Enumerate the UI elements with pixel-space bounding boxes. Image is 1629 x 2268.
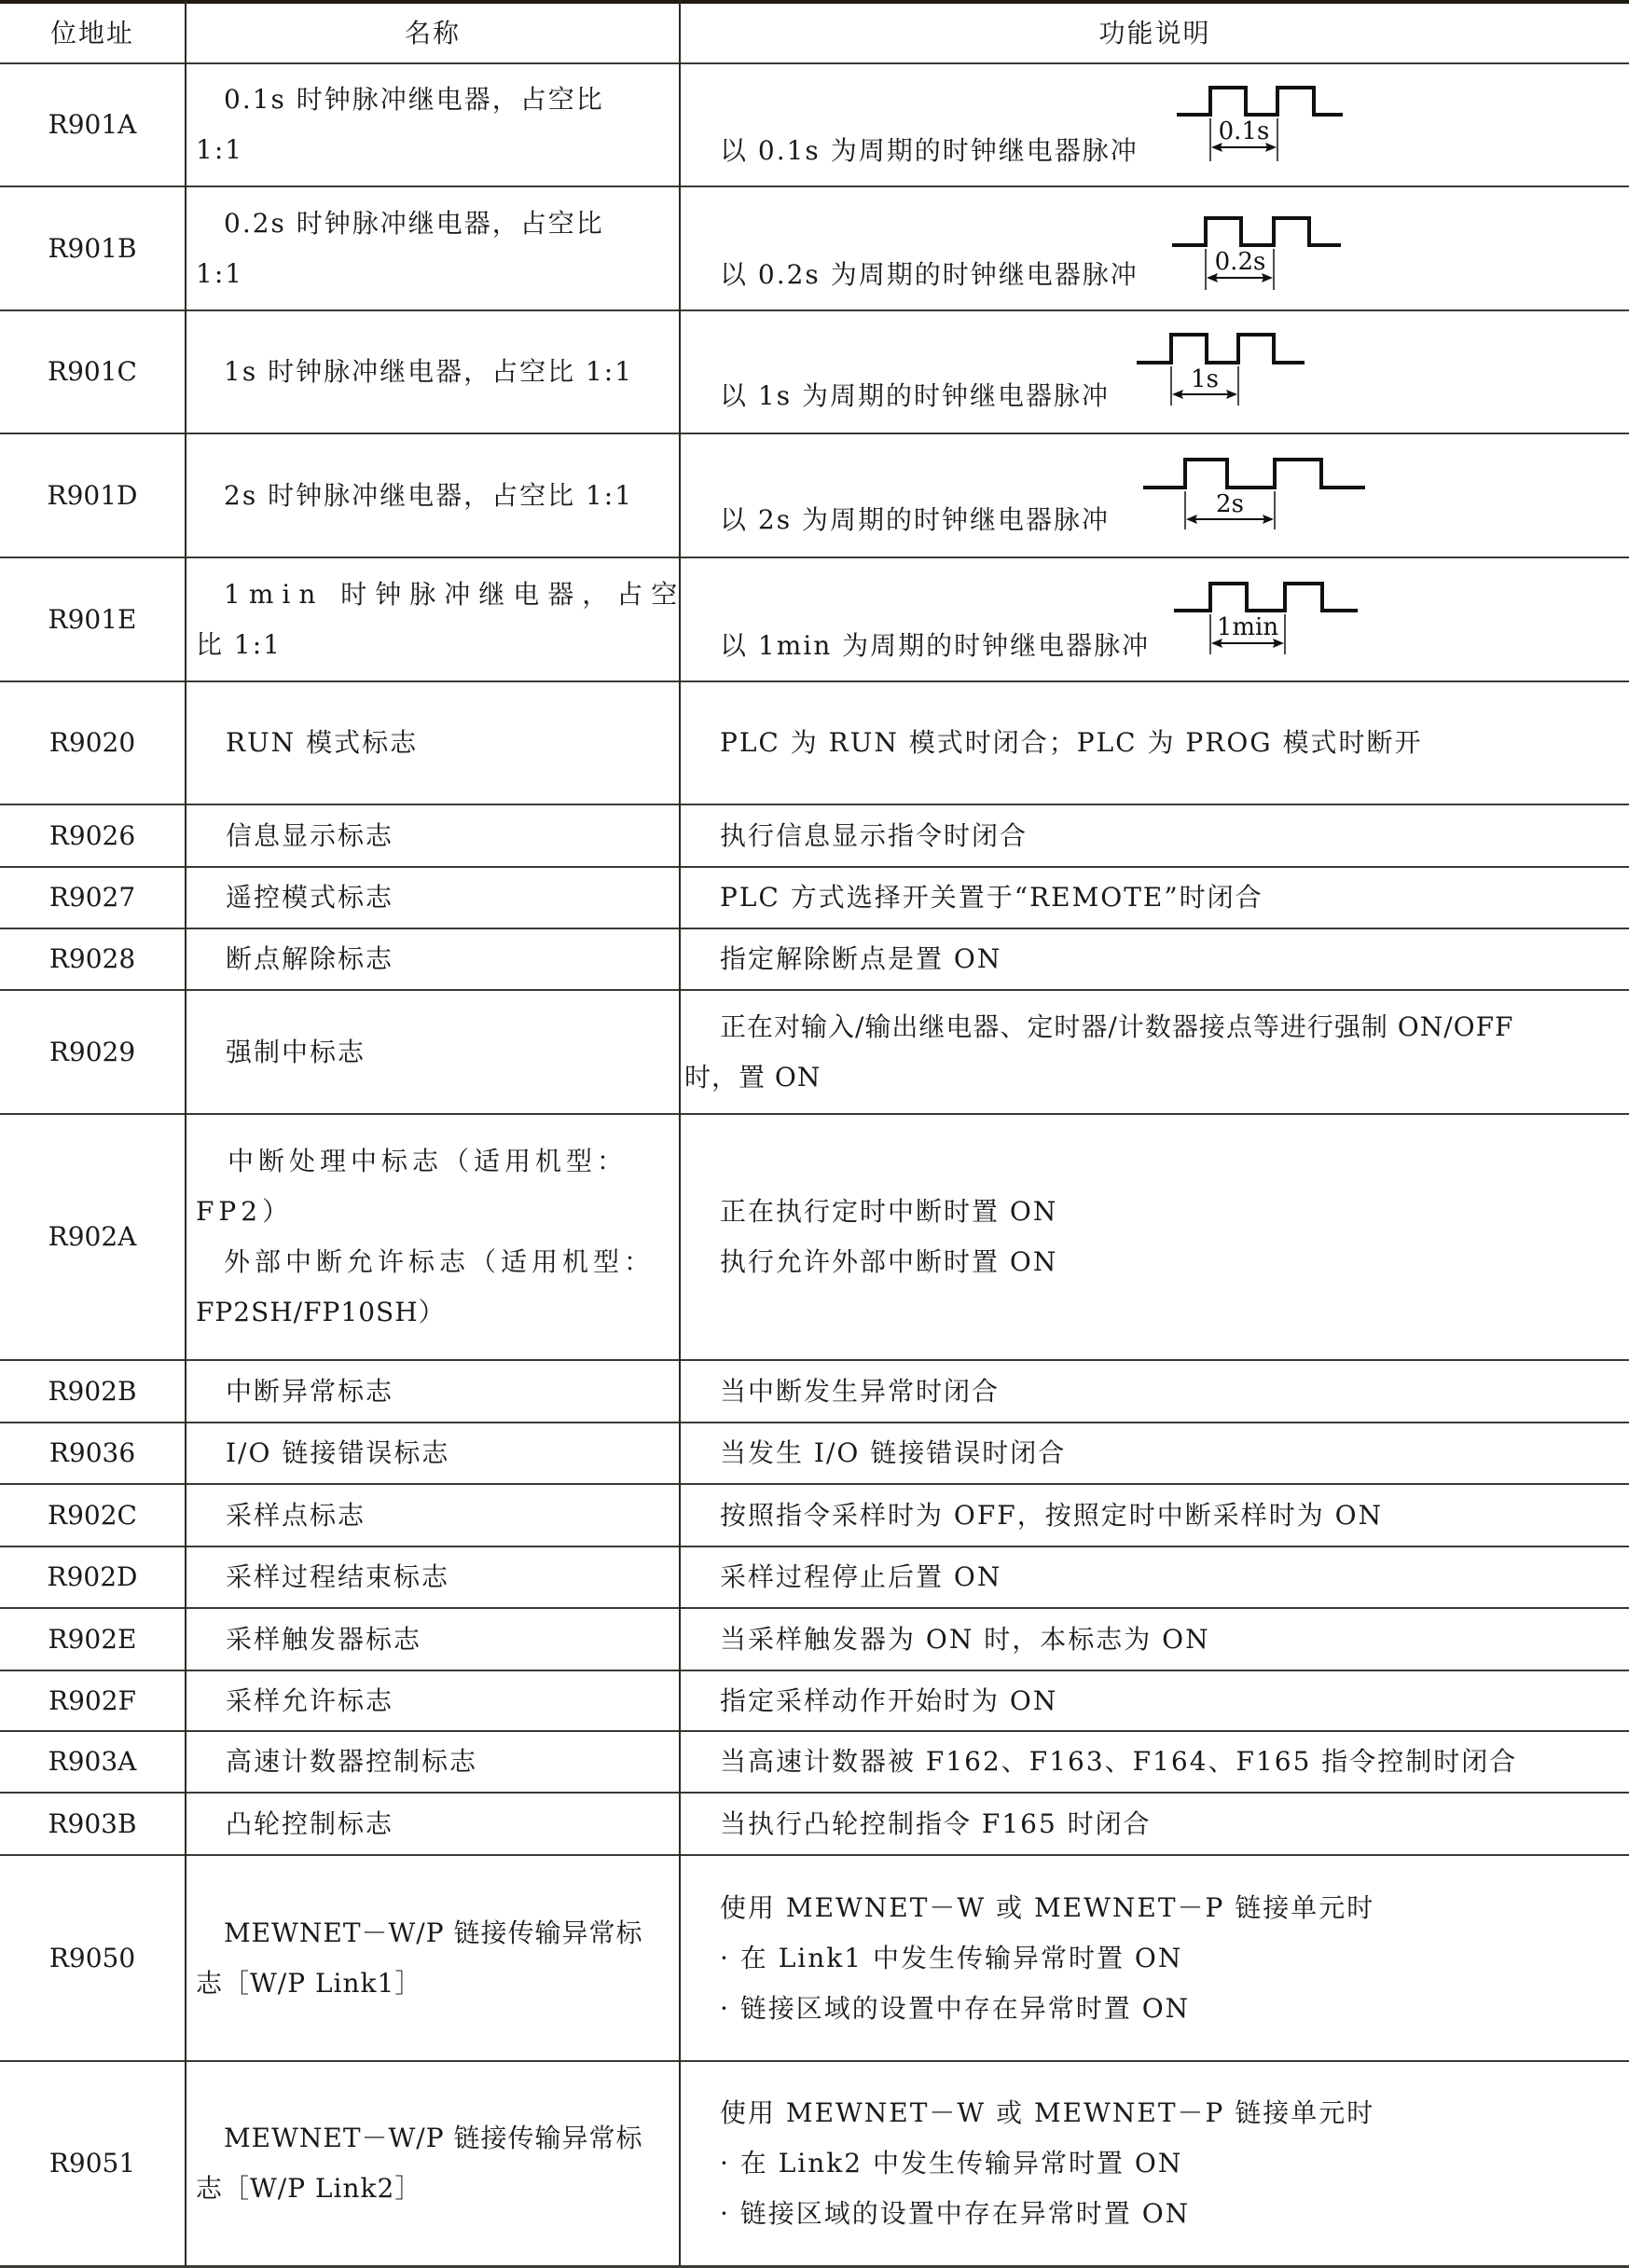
period-label: 1min — [1217, 613, 1279, 641]
description-text: PLC 方式选择开关置于“REMOTE”时闭合 — [720, 873, 1623, 923]
pulse-waveform-diagram: 1s — [1130, 326, 1312, 415]
address-cell: R9029 — [0, 991, 185, 1113]
description-cell: 使用 MEWNET－W 或 MEWNET－P 链接单元时 · 在 Link1 中… — [681, 1856, 1629, 2060]
description-cell: PLC 为 RUN 模式时闭合；PLC 为 PROG 模式时断开 — [681, 682, 1629, 804]
header-name: 名称 — [186, 4, 679, 62]
description-text: 按照指令采样时为 OFF，按照定时中断采样时为 ON — [720, 1491, 1623, 1541]
address-value: R902F — [48, 1676, 136, 1726]
address-cell: R902F — [0, 1671, 185, 1730]
address-cell: R901E — [0, 558, 185, 680]
description-cell: 以 1min 为周期的时钟继电器脉冲 — [681, 558, 1629, 680]
address-cell: R902D — [0, 1547, 185, 1607]
description-cell: 当采样触发器为 ON 时，本标志为 ON — [681, 1609, 1629, 1670]
name-text: 志［W/P Link2］ — [196, 2164, 673, 2214]
address-cell: R9026 — [0, 805, 185, 866]
address-value: R9027 — [49, 873, 135, 923]
address-value: R901A — [48, 100, 137, 150]
pulse-waveform-diagram: 1min — [1168, 575, 1364, 664]
address-value: R9051 — [49, 2138, 135, 2189]
description-cell: 当中断发生异常时闭合 — [681, 1361, 1629, 1422]
address-cell: R901C — [0, 311, 185, 433]
name-text: FP2SH/FP10SH） — [196, 1287, 673, 1338]
address-cell: R9036 — [0, 1423, 185, 1483]
description-cell: 当高速计数器被 F162、F163、F164、F165 指令控制时闭合 — [681, 1732, 1629, 1792]
name-text: 1:1 — [196, 249, 673, 299]
description-text: 正在执行定时中断时置 ON — [720, 1187, 1623, 1237]
name-text: 采样点标志 — [226, 1491, 673, 1541]
name-text: RUN 模式标志 — [226, 718, 673, 768]
description-cell: 正在执行定时中断时置 ON 执行允许外部中断时置 ON — [681, 1115, 1629, 1359]
name-cell: 强制中标志 — [186, 991, 679, 1113]
name-text: 断点解除标志 — [226, 934, 673, 984]
description-text: 当执行凸轮控制指令 F165 时闭合 — [720, 1799, 1623, 1849]
address-cell: R901D — [0, 434, 185, 557]
name-text: 外部中断允许标志（适用机型： — [196, 1237, 673, 1287]
name-text: 采样过程结束标志 — [226, 1552, 673, 1602]
name-cell: 高速计数器控制标志 — [186, 1732, 679, 1792]
address-cell: R902B — [0, 1361, 185, 1422]
name-text: 信息显示标志 — [226, 811, 673, 861]
pulse-waveform-diagram: 2s — [1138, 451, 1371, 540]
description-text: 执行允许外部中断时置 ON — [720, 1237, 1623, 1287]
description-cell: 按照指令采样时为 OFF，按照定时中断采样时为 ON — [681, 1485, 1629, 1546]
description-text: 时，置 ON — [684, 1052, 1623, 1103]
name-text: MEWNET－W/P 链接传输异常标 — [196, 2113, 673, 2164]
description-cell: 指定采样动作开始时为 ON — [681, 1671, 1629, 1730]
name-cell: 0.1s 时钟脉冲继电器，占空比 1:1 — [186, 64, 679, 186]
address-cell: R9028 — [0, 929, 185, 989]
name-cell: 1s 时钟脉冲继电器，占空比 1:1 — [186, 311, 679, 433]
address-value: R902D — [48, 1552, 138, 1602]
header-label: 位地址 — [50, 8, 134, 59]
name-cell: 采样点标志 — [186, 1485, 679, 1546]
period-label: 2s — [1216, 490, 1244, 518]
address-cell: R902E — [0, 1609, 185, 1670]
description-cell: PLC 方式选择开关置于“REMOTE”时闭合 — [681, 868, 1629, 928]
description-bullet: · 在 Link2 中发生传输异常时置 ON — [720, 2138, 1623, 2189]
description-cell: 执行信息显示指令时闭合 — [681, 805, 1629, 866]
name-cell: RUN 模式标志 — [186, 682, 679, 804]
description-text: 执行信息显示指令时闭合 — [720, 811, 1623, 861]
description-bullet: · 链接区域的设置中存在异常时置 ON — [720, 1984, 1623, 2034]
name-cell: 中断异常标志 — [186, 1361, 679, 1422]
name-text: 1:1 — [196, 125, 673, 175]
header-label: 名称 — [405, 8, 461, 59]
name-text: 强制中标志 — [226, 1027, 673, 1078]
name-text: MEWNET－W/P 链接传输异常标 — [196, 1908, 673, 1959]
address-value: R903A — [48, 1737, 137, 1787]
address-cell: R901A — [0, 64, 185, 186]
name-text: 2s 时钟脉冲继电器，占空比 1:1 — [196, 471, 673, 521]
description-text: 当采样触发器为 ON 时，本标志为 ON — [720, 1615, 1623, 1665]
address-value: R902C — [48, 1491, 137, 1541]
description-text: 指定采样动作开始时为 ON — [720, 1676, 1623, 1726]
name-text: 比 1:1 — [196, 620, 673, 670]
description-cell: 采样过程停止后置 ON — [681, 1547, 1629, 1607]
address-cell: R9020 — [0, 682, 185, 804]
name-text: I/O 链接错误标志 — [226, 1428, 673, 1478]
description-bullet: · 在 Link1 中发生传输异常时置 ON — [720, 1933, 1623, 1984]
name-cell: 信息显示标志 — [186, 805, 679, 866]
name-cell: MEWNET－W/P 链接传输异常标 志［W/P Link1］ — [186, 1856, 679, 2060]
description-cell: 使用 MEWNET－W 或 MEWNET－P 链接单元时 · 在 Link2 中… — [681, 2062, 1629, 2265]
name-text: 1s 时钟脉冲继电器，占空比 1:1 — [196, 347, 673, 397]
description-cell: 以 0.2s 为周期的时钟继电器脉冲 — [681, 187, 1629, 309]
address-value: R9036 — [49, 1428, 135, 1478]
name-cell: 采样过程结束标志 — [186, 1547, 679, 1607]
name-text: 中断异常标志 — [226, 1367, 673, 1417]
name-text: 0.2s 时钟脉冲继电器，占空比 — [196, 199, 673, 249]
name-text: 1min 时钟脉冲继电器，占空 — [196, 570, 673, 620]
description-text: 正在对输入/输出继电器、定时器/计数器接点等进行强制 ON/OFF — [720, 1002, 1623, 1052]
address-value: R9020 — [49, 718, 135, 768]
description-cell: 当发生 I/O 链接错误时闭合 — [681, 1423, 1629, 1483]
pulse-waveform-diagram: 0.2s — [1166, 210, 1347, 298]
address-cell: R901B — [0, 187, 185, 309]
period-label: 0.2s — [1215, 248, 1266, 276]
name-text: 志［W/P Link1］ — [196, 1959, 673, 2009]
address-cell: R902A — [0, 1115, 185, 1359]
header-label: 功能说明 — [1098, 8, 1210, 59]
name-text: 遥控模式标志 — [226, 873, 673, 923]
name-cell: 断点解除标志 — [186, 929, 679, 989]
address-value: R901C — [48, 347, 137, 397]
name-text: 高速计数器控制标志 — [226, 1737, 673, 1787]
name-cell: 2s 时钟脉冲继电器，占空比 1:1 — [186, 434, 679, 557]
pulse-waveform-diagram: 0.1s — [1170, 79, 1347, 168]
name-cell: 凸轮控制标志 — [186, 1794, 679, 1854]
address-cell: R903A — [0, 1732, 185, 1792]
description-text: 指定解除断点是置 ON — [720, 934, 1623, 984]
address-cell: R903B — [0, 1794, 185, 1854]
description-text: 当中断发生异常时闭合 — [720, 1367, 1623, 1417]
description-cell: 当执行凸轮控制指令 F165 时闭合 — [681, 1794, 1629, 1854]
name-text: 中断处理中标志（适用机型： — [196, 1136, 673, 1187]
description-text: 使用 MEWNET－W 或 MEWNET－P 链接单元时 — [720, 2088, 1623, 2138]
address-value: R901E — [48, 595, 137, 645]
description-text: 当高速计数器被 F162、F163、F164、F165 指令控制时闭合 — [720, 1737, 1623, 1787]
header-address: 位地址 — [0, 4, 185, 62]
name-cell: I/O 链接错误标志 — [186, 1423, 679, 1483]
address-cell: R9027 — [0, 868, 185, 928]
address-value: R902A — [48, 1212, 137, 1262]
description-cell: 以 0.1s 为周期的时钟继电器脉冲 — [681, 64, 1629, 186]
period-label: 1s — [1191, 365, 1219, 393]
address-value: R901B — [48, 224, 136, 274]
description-cell: 正在对输入/输出继电器、定时器/计数器接点等进行强制 ON/OFF 时，置 ON — [681, 991, 1629, 1113]
period-label: 0.1s — [1219, 117, 1270, 145]
address-value: R9028 — [49, 934, 135, 984]
name-text: FP2） — [196, 1187, 673, 1237]
address-value: R901D — [48, 471, 138, 521]
name-text: 凸轮控制标志 — [226, 1799, 673, 1849]
address-value: R902E — [48, 1615, 137, 1665]
name-text: 0.1s 时钟脉冲继电器，占空比 — [196, 75, 673, 125]
address-value: R9029 — [49, 1027, 135, 1078]
name-cell: 采样允许标志 — [186, 1671, 679, 1730]
description-text: PLC 为 RUN 模式时闭合；PLC 为 PROG 模式时断开 — [720, 718, 1623, 768]
description-text: 使用 MEWNET－W 或 MEWNET－P 链接单元时 — [720, 1883, 1623, 1933]
address-value: R903B — [48, 1799, 136, 1849]
description-text: 采样过程停止后置 ON — [720, 1552, 1623, 1602]
name-cell: 0.2s 时钟脉冲继电器，占空比 1:1 — [186, 187, 679, 309]
name-cell: 遥控模式标志 — [186, 868, 679, 928]
address-cell: R902C — [0, 1485, 185, 1546]
address-cell: R9050 — [0, 1856, 185, 2060]
description-bullet: · 链接区域的设置中存在异常时置 ON — [720, 2189, 1623, 2239]
name-text: 采样允许标志 — [226, 1676, 673, 1726]
name-cell: 采样触发器标志 — [186, 1609, 679, 1670]
address-value: R9050 — [49, 1933, 135, 1984]
description-cell: 指定解除断点是置 ON — [681, 929, 1629, 989]
address-value: R902B — [48, 1367, 136, 1417]
name-cell: MEWNET－W/P 链接传输异常标 志［W/P Link2］ — [186, 2062, 679, 2265]
name-cell: 中断处理中标志（适用机型： FP2） 外部中断允许标志（适用机型： FP2SH/… — [186, 1115, 679, 1359]
address-value: R9026 — [49, 811, 135, 861]
name-cell: 1min 时钟脉冲继电器，占空 比 1:1 — [186, 558, 679, 680]
header-description: 功能说明 — [681, 4, 1629, 62]
description-text: 当发生 I/O 链接错误时闭合 — [720, 1428, 1623, 1478]
address-cell: R9051 — [0, 2062, 185, 2265]
name-text: 采样触发器标志 — [226, 1615, 673, 1665]
